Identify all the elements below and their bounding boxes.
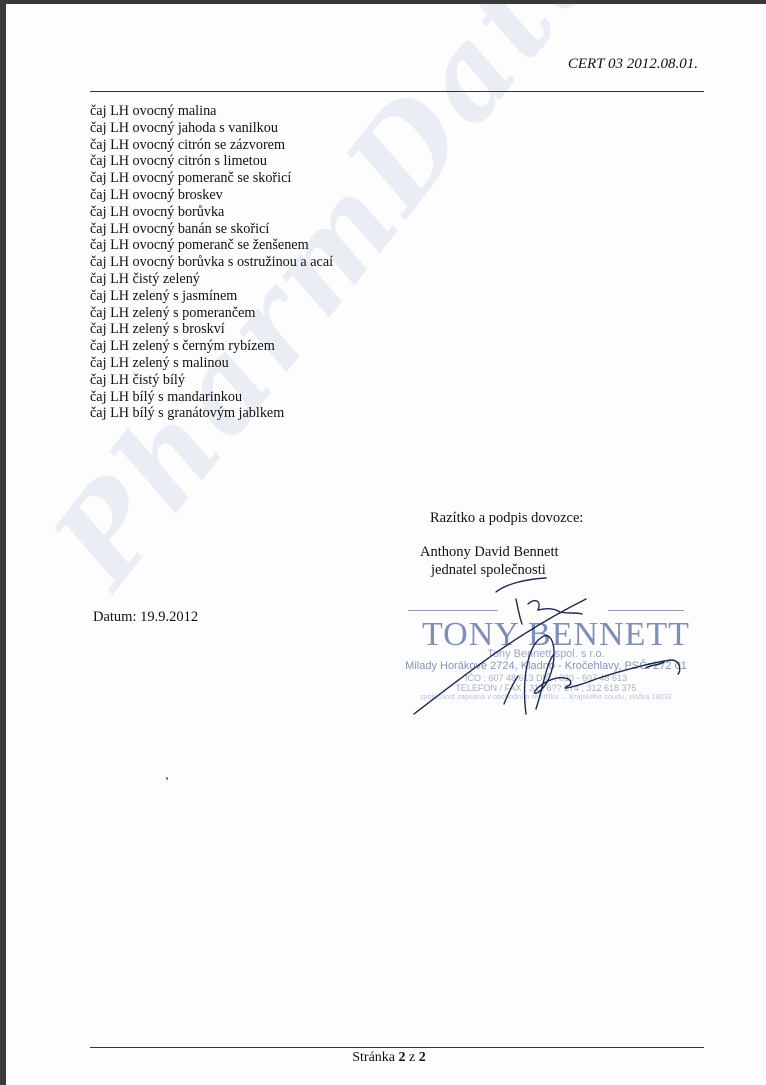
- product-item: čaj LH ovocný banán se skořicí: [90, 221, 333, 238]
- product-item: čaj LH bílý s granátovým jablkem: [90, 405, 333, 422]
- product-item: čaj LH zelený s broskví: [90, 321, 333, 338]
- page-separator: z: [409, 1050, 415, 1065]
- footer-divider: [90, 1047, 704, 1048]
- product-item: čaj LH ovocný borůvka: [90, 204, 333, 221]
- product-item: čaj LH ovocný jahoda s vanilkou: [90, 120, 333, 137]
- product-item: čaj LH bílý s mandarinkou: [90, 389, 333, 406]
- signer-name: Anthony David Bennett: [420, 544, 559, 561]
- company-stamp: TONY BENNETT Tony Bennett spol. s r.o. M…: [396, 600, 696, 710]
- product-item: čaj LH ovocný citrón s limetou: [90, 153, 333, 170]
- product-item: čaj LH ovocný malina: [90, 103, 333, 120]
- stamp-signature-label: Razítko a podpis dovozce:: [430, 510, 583, 527]
- product-item: čaj LH ovocný borůvka s ostružinou a aca…: [90, 254, 333, 271]
- certificate-reference: CERT 03 2012.08.01.: [568, 56, 698, 73]
- page-total: 2: [419, 1050, 426, 1065]
- product-item: čaj LH zelený s jasmínem: [90, 288, 333, 305]
- stamp-rule-left: [408, 610, 498, 611]
- scan-speck: [166, 777, 168, 780]
- stamp-phone: TELEFON / FAX : 312 6?? 274 , 312 618 37…: [396, 683, 696, 693]
- product-item: čaj LH ovocný pomeranč se skořicí: [90, 170, 333, 187]
- stamp-company: Tony Bennett spol. s r.o.: [396, 648, 696, 660]
- page-number: Stránka 2 z 2: [6, 1050, 766, 1066]
- product-item: čaj LH ovocný citrón se zázvorem: [90, 137, 333, 154]
- page-label: Stránka: [352, 1050, 395, 1065]
- product-item: čaj LH ovocný broskev: [90, 187, 333, 204]
- product-item: čaj LH zelený s černým rybízem: [90, 338, 333, 355]
- stamp-ids: IČO : 607 48 613 DIČ : 030 - 607 48 613: [396, 673, 696, 683]
- product-item: čaj LH čistý zelený: [90, 271, 333, 288]
- product-item: čaj LH zelený s pomerančem: [90, 305, 333, 322]
- document-page: PharmData s.r.o. CERT 03 2012.08.01. čaj…: [6, 4, 766, 1085]
- product-item: čaj LH ovocný pomeranč se ženšenem: [90, 237, 333, 254]
- product-item: čaj LH zelený s malinou: [90, 355, 333, 372]
- stamp-registration: společnost zapsaná v obchodním rejstříku…: [396, 694, 696, 701]
- page-current: 2: [399, 1050, 406, 1065]
- product-list: čaj LH ovocný malinačaj LH ovocný jahoda…: [90, 103, 333, 422]
- signer-role: jednatel společnosti: [431, 562, 546, 579]
- header-divider: [90, 91, 704, 92]
- stamp-rule-right: [608, 610, 684, 611]
- product-item: čaj LH čistý bílý: [90, 372, 333, 389]
- document-date: Datum: 19.9.2012: [93, 609, 198, 626]
- stamp-address: Milady Horákové 2724, Kladno - Kročehlav…: [396, 660, 696, 672]
